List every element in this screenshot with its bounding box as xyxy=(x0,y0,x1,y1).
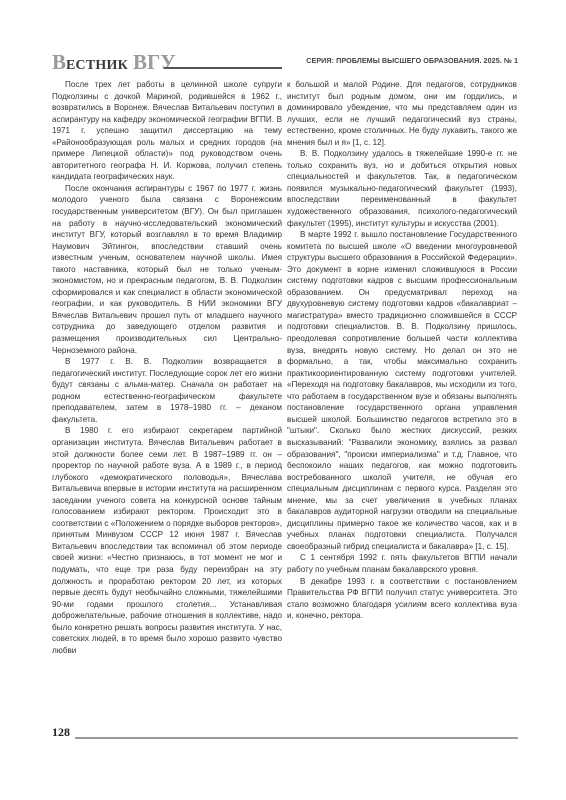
logo-vgu: ВГУ xyxy=(133,50,176,74)
paragraph: После трех лет работы в целинной школе с… xyxy=(52,79,282,183)
paragraph: В. В. Подколзину удалось в тяжелейшие 19… xyxy=(287,148,517,229)
logo-initial: В xyxy=(52,50,66,74)
paragraph: В декабре 1993 г. в соответствии с поста… xyxy=(287,576,517,622)
page-footer: 128 xyxy=(52,725,518,741)
paragraph: В марте 1992 г. вышло постановление Госу… xyxy=(287,229,517,552)
paragraph: После окончания аспирантуры с 1967 по 19… xyxy=(52,183,282,356)
series-title: СЕРИЯ: ПРОБЛЕМЫ ВЫСШЕГО ОБРАЗОВАНИЯ. 202… xyxy=(306,56,518,65)
paragraph: В 1977 г. В. В. Подколзин возвращается в… xyxy=(52,356,282,425)
right-column: к большой и малой Родине. Для педагогов,… xyxy=(287,79,517,622)
journal-logo: ВЕСТНИКВГУ xyxy=(52,52,176,76)
header-rule xyxy=(164,67,282,69)
footer-rule xyxy=(75,737,518,739)
paragraph: В 1980 г. его избирают секретарем партий… xyxy=(52,425,282,656)
paragraph: С 1 сентября 1992 г. пять факультетов ВГ… xyxy=(287,552,517,575)
left-column: После трех лет работы в целинной школе с… xyxy=(52,79,282,656)
page-number: 128 xyxy=(52,725,70,740)
logo-word: ЕСТНИК xyxy=(66,58,128,73)
paragraph-continued: к большой и малой Родине. Для педагогов,… xyxy=(287,79,517,148)
running-header: ВЕСТНИКВГУ СЕРИЯ: ПРОБЛЕМЫ ВЫСШЕГО ОБРАЗ… xyxy=(52,52,518,72)
